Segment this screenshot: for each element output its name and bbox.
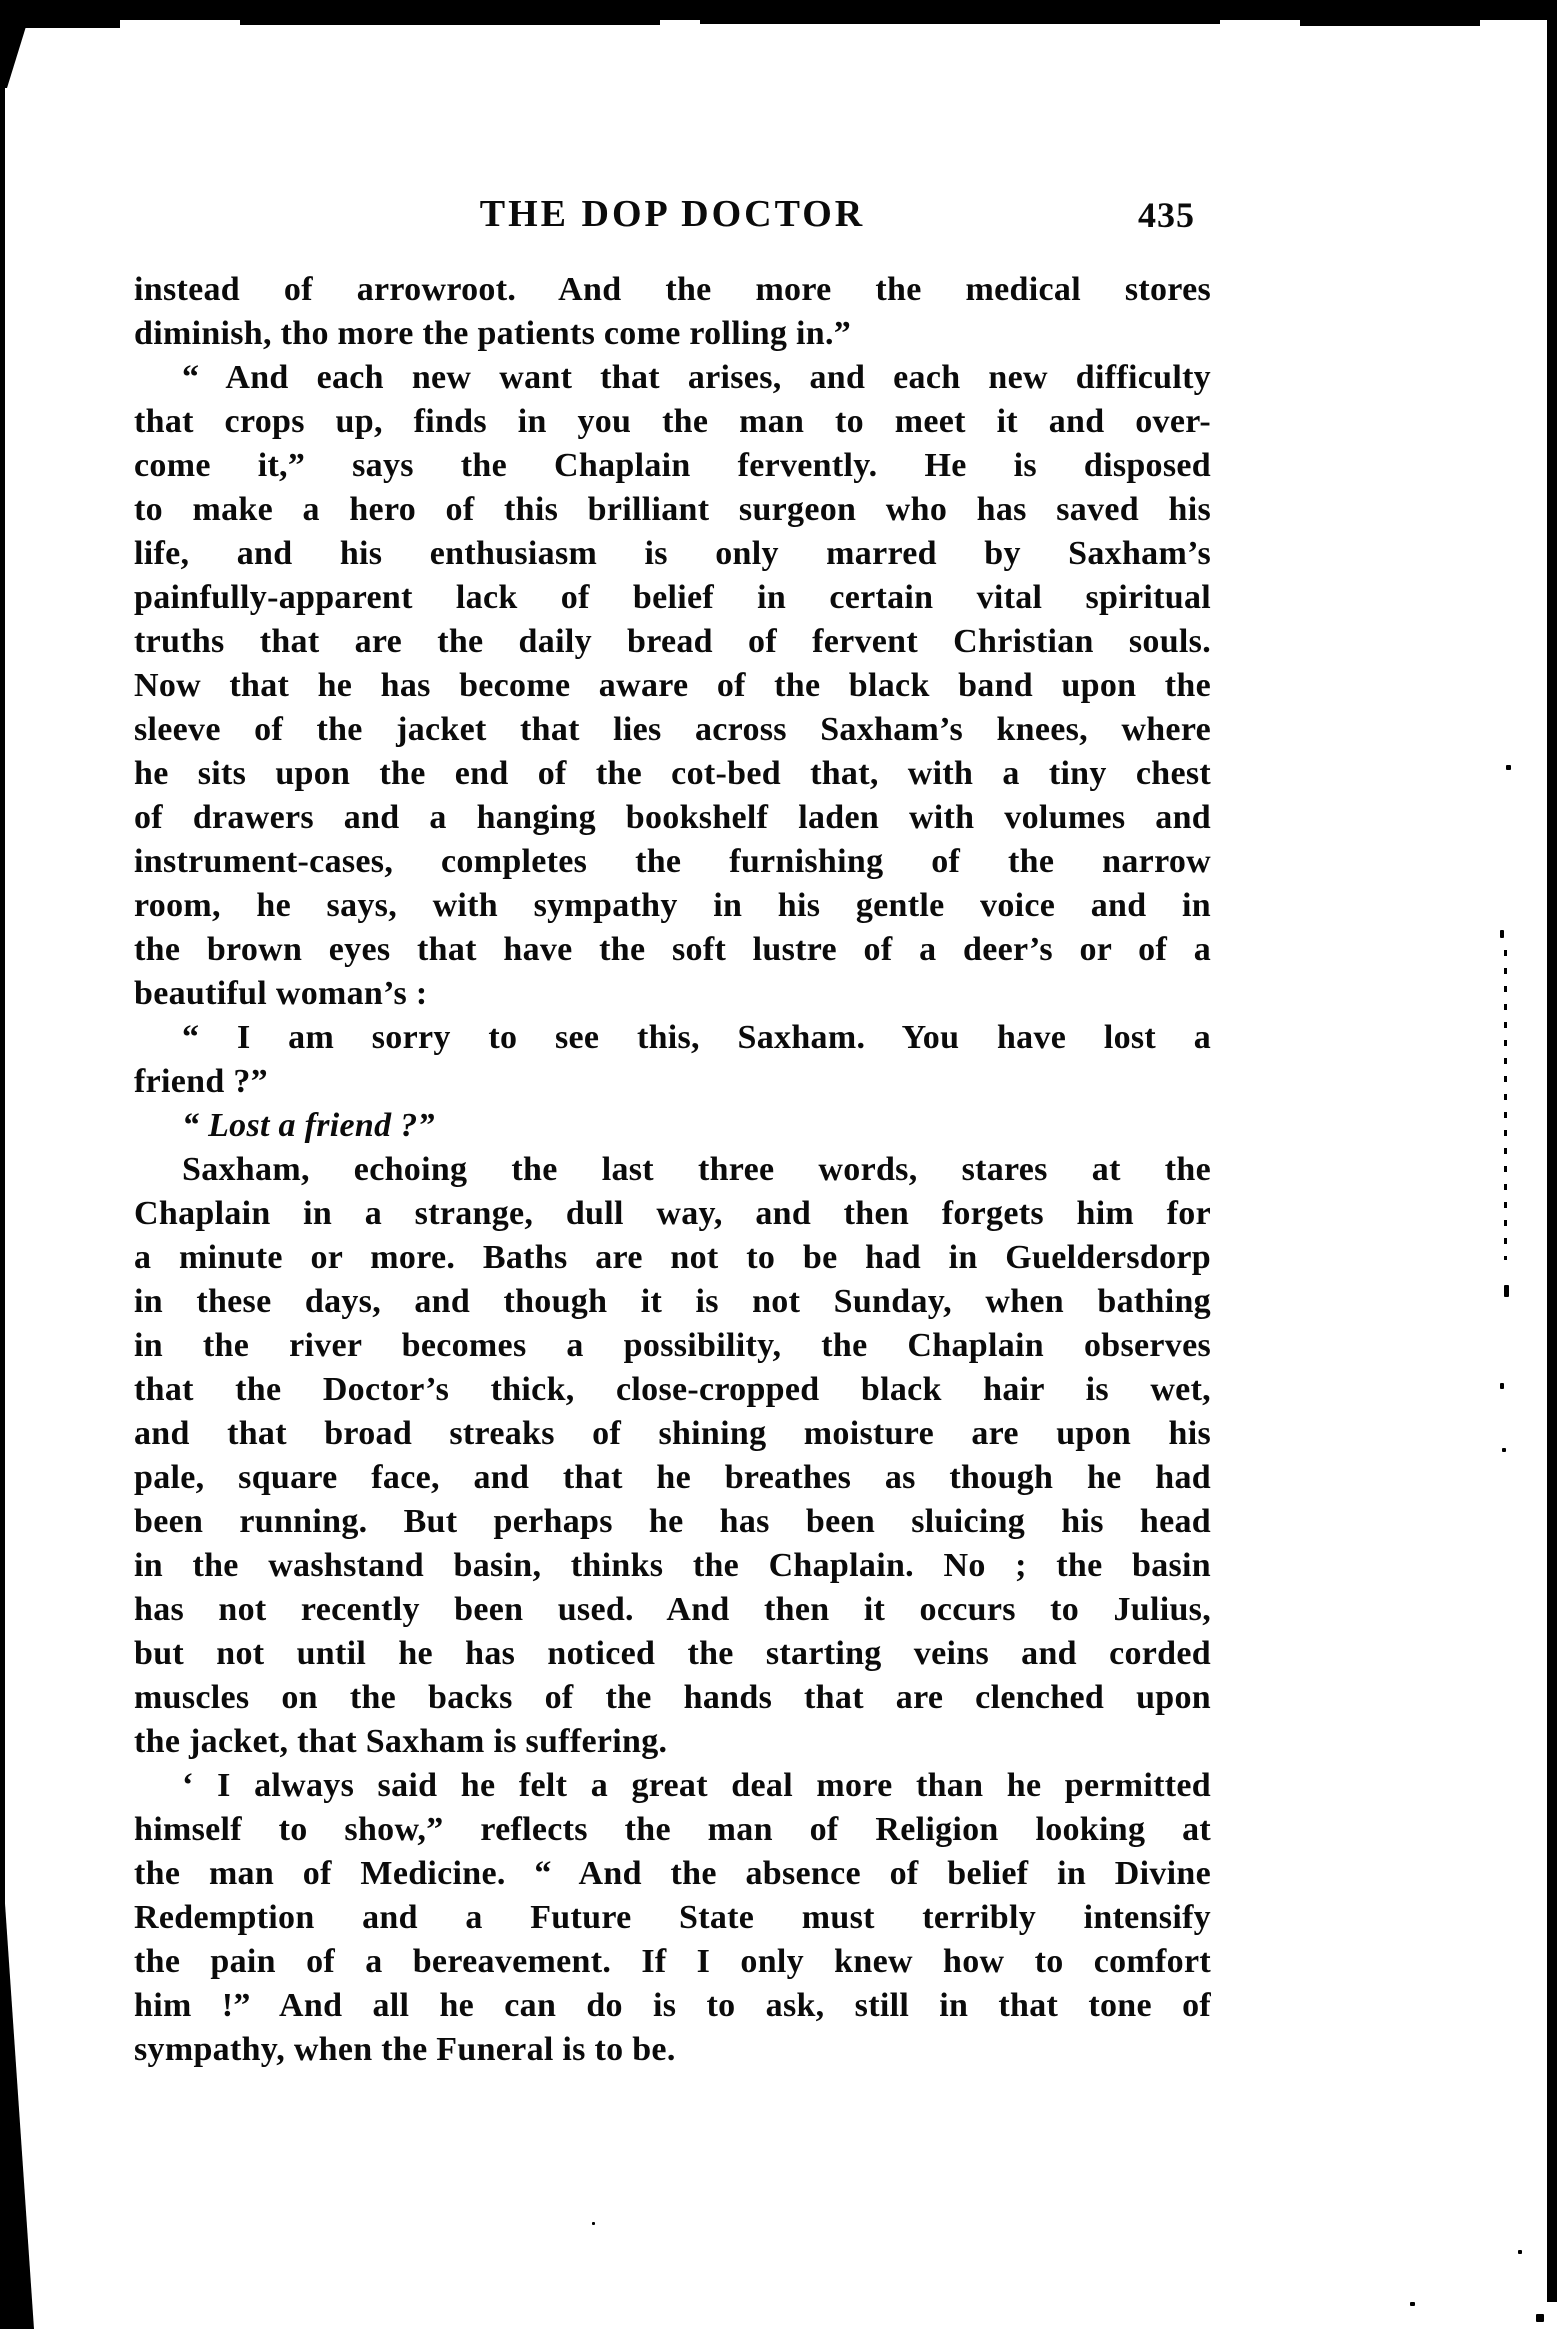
scan-speck	[1536, 2314, 1544, 2322]
text-line: muscles on the backs of the hands that a…	[134, 1676, 1211, 1720]
text-line: that the Doctor’s thick, close-cropped b…	[134, 1368, 1211, 1412]
text-line: himself to show,” reflects the man of Re…	[134, 1808, 1211, 1852]
text-line: been running. But perhaps he has been sl…	[134, 1500, 1211, 1544]
page-title: THE DOP DOCTOR	[134, 192, 1211, 236]
scan-edge-right	[1547, 0, 1557, 2302]
text-line: he sits upon the end of the cot-bed that…	[134, 752, 1211, 796]
text-line: “ I am sorry to see this, Saxham. You ha…	[134, 1016, 1211, 1060]
text-line: room, he says, with sympathy in his gent…	[134, 884, 1211, 928]
text-line: “ Lost a friend ?”	[134, 1104, 1211, 1148]
text-line: the man of Medicine. “ And the absence o…	[134, 1852, 1211, 1896]
text-line: and that broad streaks of shining moistu…	[134, 1412, 1211, 1456]
text-line: painfully-apparent lack of belief in cer…	[134, 576, 1211, 620]
text-line: Saxham, echoing the last three words, st…	[134, 1148, 1211, 1192]
scan-speck	[1500, 1383, 1504, 1389]
text-line: beautiful woman’s :	[134, 972, 1211, 1016]
scan-edge-top-ragged	[1300, 20, 1480, 26]
scan-edge-top-ragged	[240, 20, 660, 25]
text-line: instrument-cases, completes the furnishi…	[134, 840, 1211, 884]
text-line: truths that are the daily bread of ferve…	[134, 620, 1211, 664]
text-line: in the washstand basin, thinks the Chapl…	[134, 1544, 1211, 1588]
text-line: has not recently been used. And then it …	[134, 1588, 1211, 1632]
text-line: friend ?”	[134, 1060, 1211, 1104]
text-line: to make a hero of this brilliant surgeon…	[134, 488, 1211, 532]
scan-speck	[1500, 930, 1504, 938]
text-line: him !” And all he can do is to ask, stil…	[134, 1984, 1211, 2028]
text-line: sleeve of the jacket that lies across Sa…	[134, 708, 1211, 752]
text-line: that crops up, finds in you the man to m…	[134, 400, 1211, 444]
scan-speck	[1518, 2250, 1522, 2254]
scan-dotted-line	[1504, 950, 1507, 1260]
text-line: the jacket, that Saxham is suffering.	[134, 1720, 1211, 1764]
text-line: the brown eyes that have the soft lustre…	[134, 928, 1211, 972]
text-line: “ And each new want that arises, and eac…	[134, 356, 1211, 400]
scan-speck	[1410, 2302, 1415, 2306]
scan-speck	[1506, 765, 1511, 770]
scan-edge-left-wedge	[0, 1900, 34, 2329]
text-line: come it,” says the Chaplain fervently. H…	[134, 444, 1211, 488]
book-page: THE DOP DOCTOR 435 instead of arrowroot.…	[0, 0, 1557, 2329]
text-line: but not until he has noticed the startin…	[134, 1632, 1211, 1676]
text-line: instead of arrowroot. And the more the m…	[134, 268, 1211, 312]
text-line: ‘ I always said he felt a great deal mor…	[134, 1764, 1211, 1808]
scan-speck	[1502, 1448, 1506, 1452]
running-header: THE DOP DOCTOR 435	[134, 192, 1211, 238]
scan-edge-top-ragged	[700, 20, 1220, 24]
scan-speck	[1504, 1285, 1509, 1297]
text-line: sympathy, when the Funeral is to be.	[134, 2028, 1211, 2072]
page-number: 435	[1138, 194, 1195, 236]
text-line: Redemption and a Future State must terri…	[134, 1896, 1211, 1940]
text-line: Chaplain in a strange, dull way, and the…	[134, 1192, 1211, 1236]
text-line: diminish, tho more the patients come rol…	[134, 312, 1211, 356]
scan-edge-top	[0, 0, 1557, 20]
text-line: in the river becomes a possibility, the …	[134, 1324, 1211, 1368]
text-line: the pain of a bereavement. If I only kne…	[134, 1940, 1211, 1984]
scan-speck	[592, 2222, 595, 2225]
body-text: instead of arrowroot. And the more the m…	[134, 268, 1211, 2072]
text-line: life, and his enthusiasm is only marred …	[134, 532, 1211, 576]
text-line: Now that he has become aware of the blac…	[134, 664, 1211, 708]
text-line: pale, square face, and that he breathes …	[134, 1456, 1211, 1500]
text-line: of drawers and a hanging bookshelf laden…	[134, 796, 1211, 840]
text-line: in these days, and though it is not Sund…	[134, 1280, 1211, 1324]
text-line: a minute or more. Baths are not to be ha…	[134, 1236, 1211, 1280]
